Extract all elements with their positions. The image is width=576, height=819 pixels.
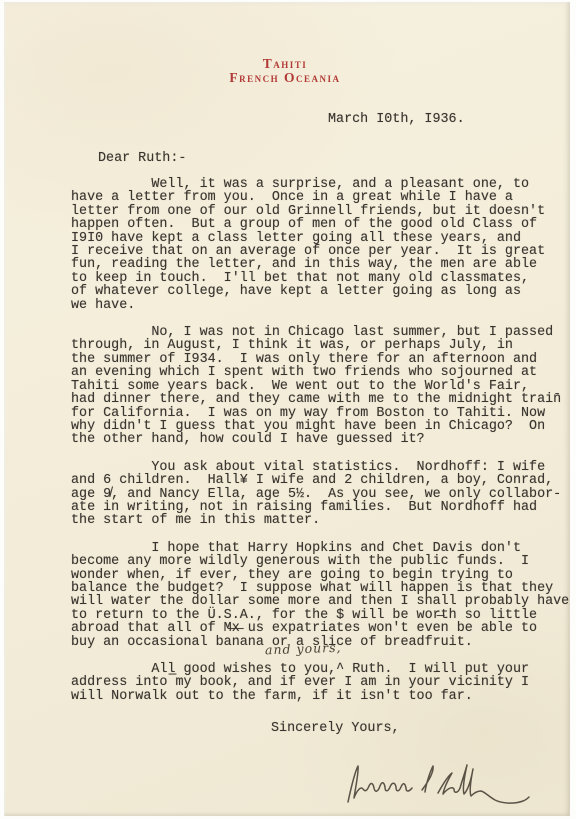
- letterhead: Tahiti French Oceania: [4, 57, 566, 85]
- letter-paragraph: Well, it was a surprise, and a pleasant …: [71, 178, 569, 312]
- handwritten-insertion: and yours,: [265, 640, 342, 658]
- letter-body: Well, it was a surprise, and a pleasant …: [71, 178, 569, 717]
- scanned-letter: { "colors":{"paper":"#f3edda","ink":"#39…: [0, 0, 576, 819]
- salutation: Dear Ruth:-: [98, 152, 186, 165]
- letter-paragraph: All̲ good wishes to you,^ Ruth. I will p…: [71, 663, 569, 703]
- letterhead-place: Tahiti: [4, 57, 566, 71]
- letter-paragraph: I hope that Harry Hopkins and Chet Davis…: [71, 542, 569, 649]
- letter-paragraph: You ask about vital statistics. Nordhoff…: [71, 461, 569, 528]
- signature-scrawl-norman-hall: [340, 760, 550, 815]
- handwritten-signature: [340, 760, 550, 815]
- letterhead-region: French Oceania: [4, 71, 566, 85]
- closing: Sincerely Yours,: [271, 722, 400, 735]
- letter-paragraph: No, I was not in Chicago last summer, bu…: [71, 326, 569, 447]
- date-line: March I0th, I936.: [328, 113, 465, 126]
- letter-page: Tahiti French Oceania March I0th, I936. …: [4, 2, 570, 816]
